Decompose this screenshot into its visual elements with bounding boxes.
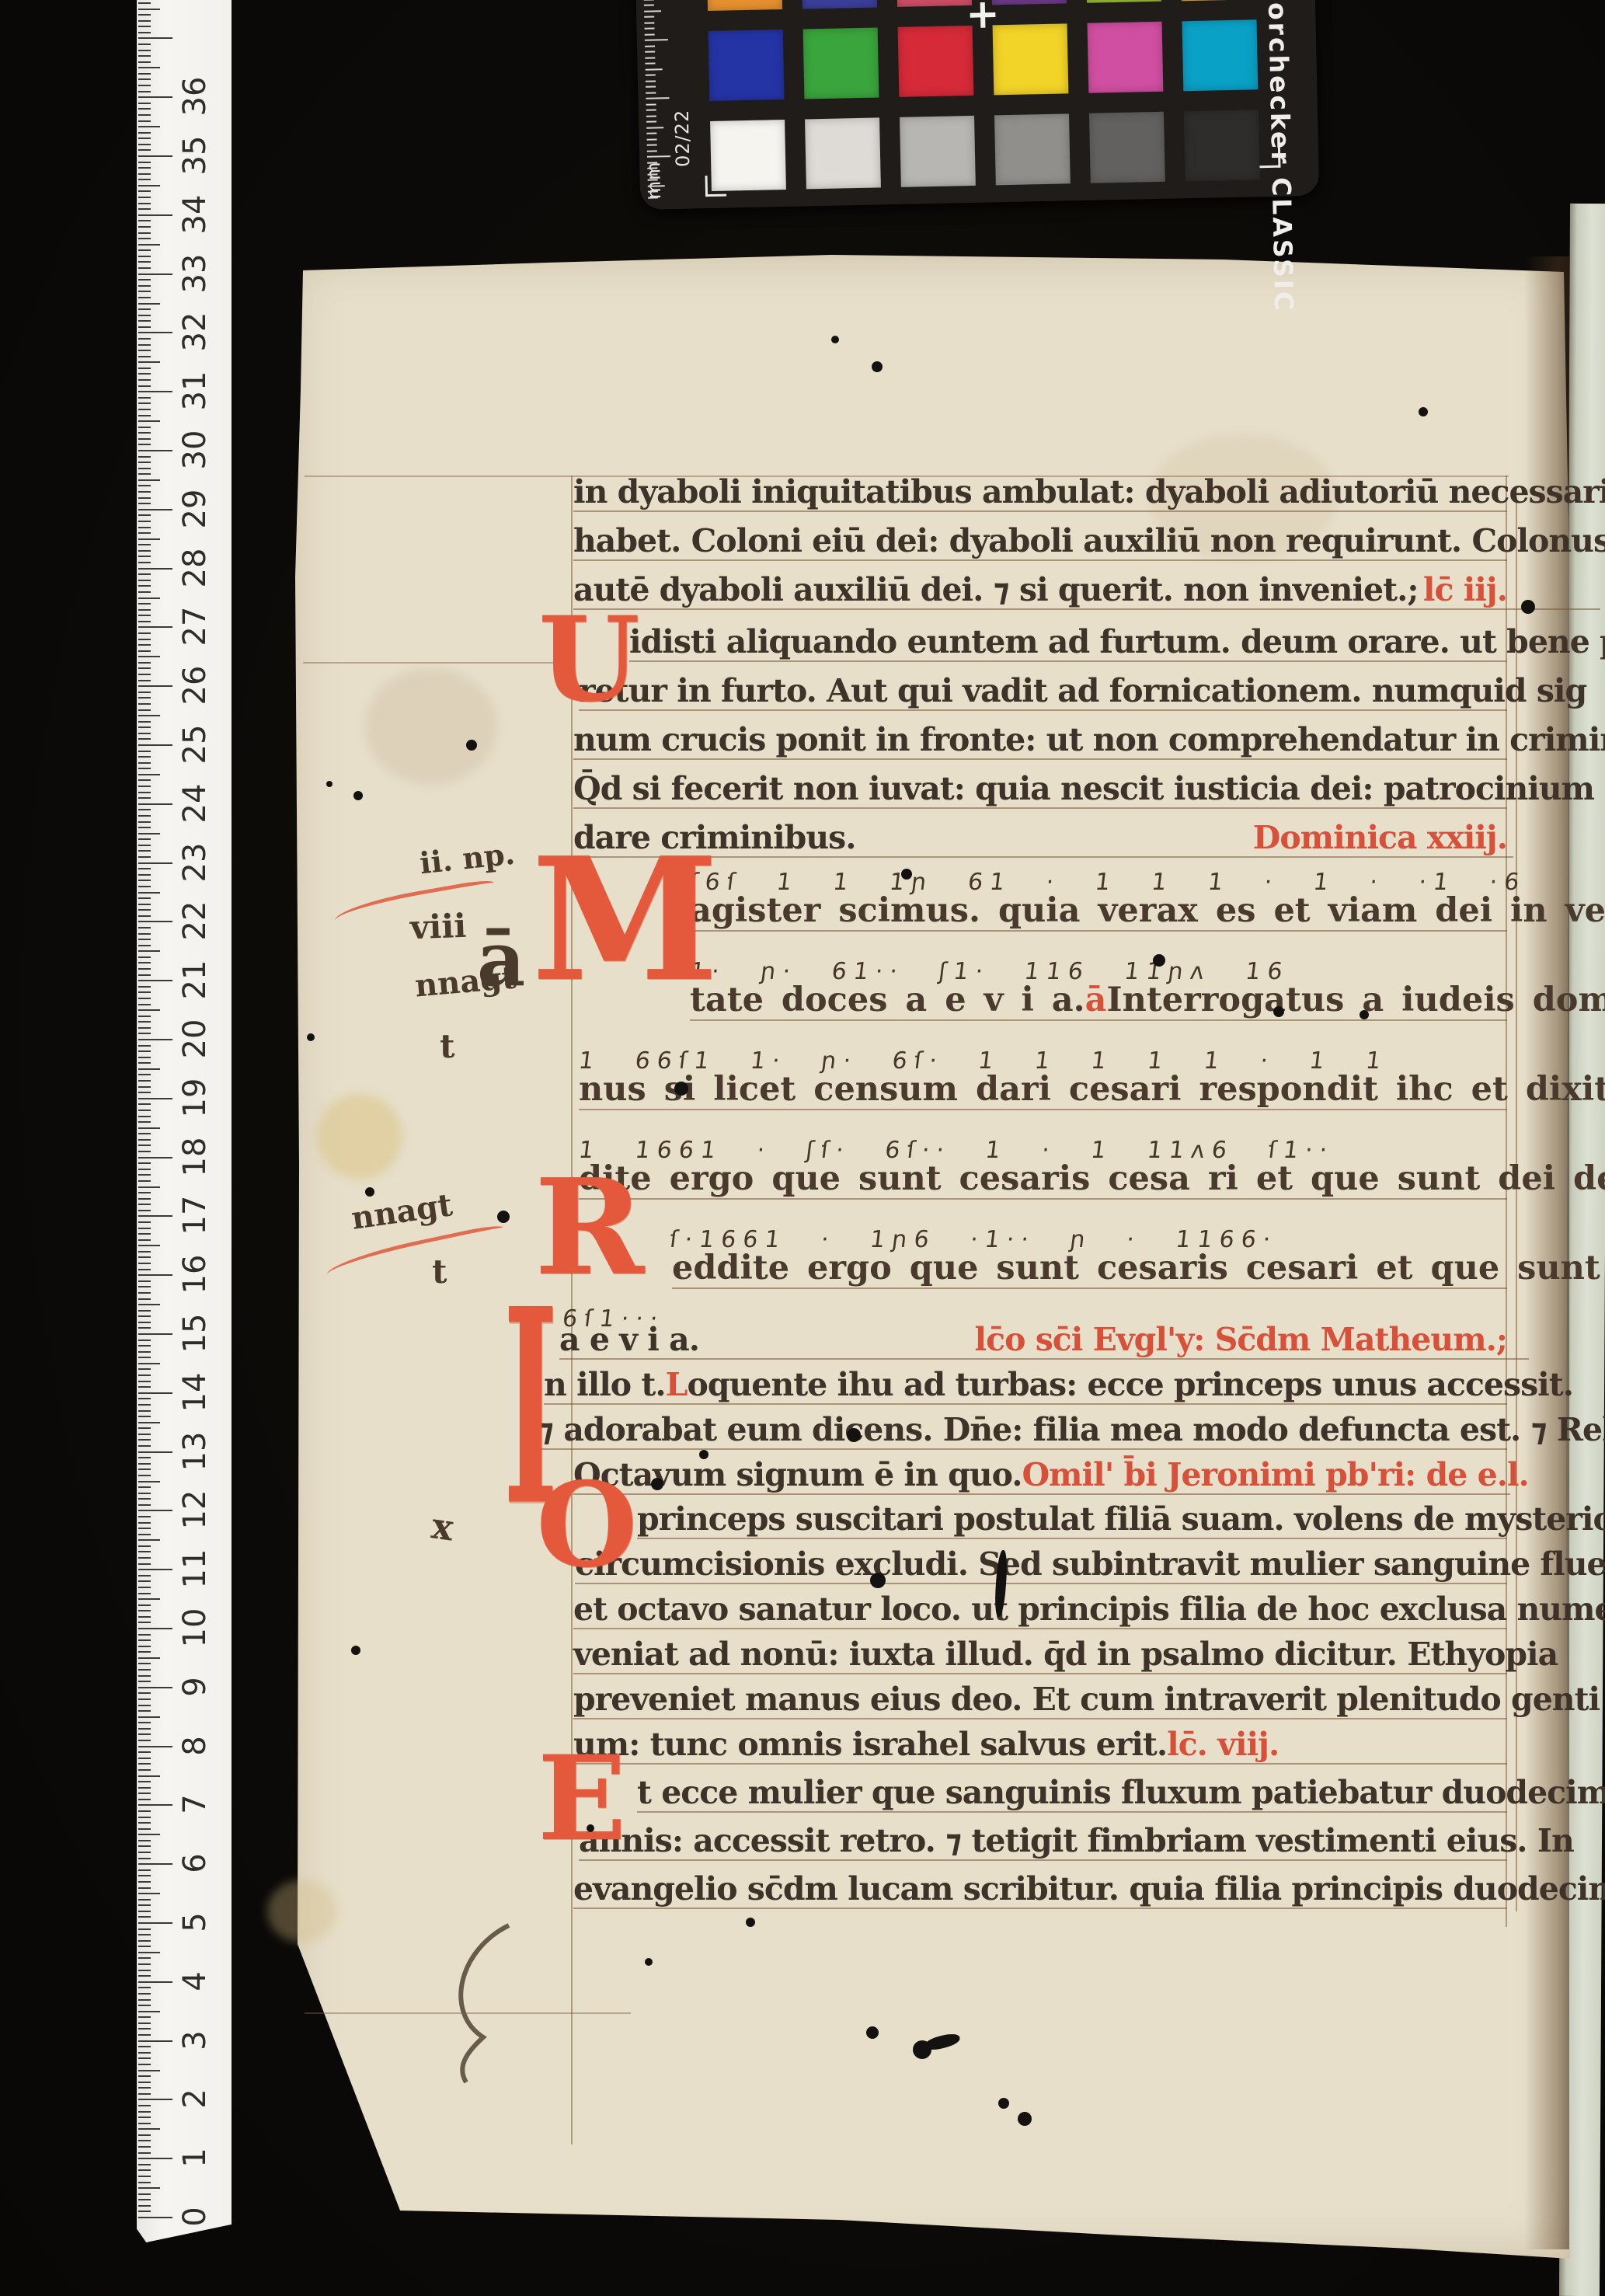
ruler-tick bbox=[138, 173, 151, 175]
ruler-tick bbox=[138, 285, 151, 287]
latin-text: idisti aliquando euntem ad furtum. deum … bbox=[629, 623, 1605, 660]
ruler-tick bbox=[138, 485, 151, 486]
ruler-tick bbox=[138, 132, 151, 134]
ruler-tick bbox=[138, 1593, 151, 1594]
ruler-tick bbox=[138, 544, 151, 545]
ruler-tick bbox=[138, 1121, 151, 1123]
ruler-tick bbox=[138, 1080, 151, 1082]
ruler-tick bbox=[138, 503, 151, 504]
ruler-tick bbox=[138, 797, 151, 799]
neume-row: 6ſ1··· bbox=[561, 1305, 667, 1333]
checker-mm-tick bbox=[646, 74, 656, 75]
ruler-tick bbox=[138, 185, 160, 186]
ruler-tick bbox=[138, 315, 151, 316]
ruler-tick bbox=[138, 1009, 160, 1011]
ruler-tick bbox=[138, 256, 151, 257]
pen-flourish bbox=[435, 1919, 544, 2098]
ruler-tick bbox=[138, 874, 151, 876]
ink-dot bbox=[872, 361, 883, 372]
ruler-tick bbox=[138, 1127, 160, 1129]
ink-dot bbox=[901, 869, 912, 880]
ink-dot bbox=[326, 781, 332, 787]
ruler-tick bbox=[138, 527, 151, 528]
ruler-number: 26 bbox=[179, 658, 211, 712]
ruler-tick bbox=[138, 803, 172, 805]
marginal-note: x bbox=[429, 1504, 456, 1549]
ruler-tick bbox=[138, 1251, 151, 1253]
ruler-tick bbox=[138, 786, 151, 787]
ruler-tick bbox=[138, 108, 151, 110]
ruler-tick bbox=[138, 692, 151, 693]
ruler-tick bbox=[138, 568, 172, 570]
ruler-tick bbox=[138, 2040, 172, 2042]
ruler-tick bbox=[138, 615, 151, 616]
ruler-tick bbox=[138, 103, 151, 104]
ruler-tick bbox=[138, 1828, 151, 1830]
latin-text: tate doces a e v i a. bbox=[690, 981, 1085, 1019]
ruler-tick bbox=[138, 226, 151, 228]
latin-text: um: tunc omnis israhel salvus erit. bbox=[573, 1726, 1167, 1763]
ruler-tick bbox=[138, 1210, 151, 1211]
latin-text: oquente ihu ad turbas: ecce princeps unu… bbox=[687, 1366, 1572, 1403]
ruler-tick bbox=[138, 2082, 151, 2083]
latin-text: autē dyaboli auxiliū dei. ⁊ si querit. n… bbox=[573, 571, 1419, 608]
ruler-tick bbox=[138, 1899, 151, 1901]
ruler-tick bbox=[138, 2146, 151, 2148]
ruler-tick bbox=[138, 126, 160, 127]
ruler-tick bbox=[138, 756, 151, 758]
ruler-tick bbox=[138, 562, 151, 563]
ruler-tick bbox=[138, 703, 151, 705]
ruler-tick bbox=[138, 1439, 151, 1441]
ruler-tick bbox=[138, 833, 160, 834]
ruler-tick bbox=[138, 1510, 172, 1511]
ruler-tick bbox=[138, 1669, 151, 1671]
ruler-tick bbox=[138, 1475, 151, 1476]
ruler-tick bbox=[138, 1021, 151, 1023]
ruler-tick bbox=[138, 162, 151, 163]
ruler-tick bbox=[138, 573, 151, 575]
ruler-tick bbox=[138, 379, 151, 381]
ink-dot bbox=[1419, 407, 1428, 416]
ruler-tick bbox=[138, 1133, 151, 1134]
ruler-tick bbox=[138, 1963, 151, 1965]
ruler-tick bbox=[138, 1793, 151, 1794]
checker-mm-tick bbox=[647, 167, 657, 169]
ruler-tick bbox=[138, 1386, 151, 1388]
ruler-tick bbox=[138, 1840, 151, 1841]
neume-row: ſ6ſ 1 1 1ɲ 61 · 1 1 1 · 1 · ·1 ·6 bbox=[688, 869, 1528, 896]
ruler-tick bbox=[138, 491, 151, 493]
ruler-tick bbox=[138, 1233, 151, 1235]
ruler-tick bbox=[138, 1999, 151, 2001]
ruler-tick bbox=[138, 1710, 151, 1712]
ruler-tick bbox=[138, 1204, 151, 1205]
color-patch bbox=[801, 0, 877, 9]
ruler-tick bbox=[138, 1911, 151, 1912]
ruler-tick bbox=[138, 427, 151, 428]
ruler-tick bbox=[138, 1239, 151, 1241]
ruler-tick bbox=[138, 1916, 151, 1918]
ruler-tick bbox=[138, 1751, 151, 1753]
ruler-tick bbox=[138, 1681, 151, 1682]
latin-text: t ecce mulier que sanguinis fluxum patie… bbox=[637, 1774, 1605, 1811]
ruler-tick bbox=[138, 1027, 151, 1029]
ruler-tick bbox=[138, 1368, 151, 1370]
ruler-tick bbox=[138, 91, 151, 92]
color-patch bbox=[708, 30, 785, 101]
marginal-note: viii bbox=[409, 907, 467, 946]
ruler-tick bbox=[138, 933, 151, 935]
ruler-tick bbox=[138, 1957, 151, 1959]
color-patch bbox=[900, 116, 976, 187]
ink-dot bbox=[847, 1428, 861, 1442]
checker-mm-tick bbox=[648, 190, 658, 192]
ruler-tick bbox=[138, 580, 151, 581]
ruler-tick bbox=[138, 514, 151, 516]
ruler-tick bbox=[138, 114, 151, 116]
ruler-tick bbox=[138, 667, 151, 669]
ruler-number: 28 bbox=[179, 541, 211, 595]
ruler-tick bbox=[138, 138, 151, 139]
ruler-tick bbox=[138, 733, 151, 734]
text-line: habet. Coloni eiū dei: dyaboli auxiliū n… bbox=[573, 514, 1507, 561]
ruler-tick bbox=[138, 738, 151, 740]
latin-text: dite ergo que sunt cesaris cesa ri et qu… bbox=[579, 1159, 1605, 1198]
ruler-tick bbox=[138, 203, 151, 204]
text-line: t ecce mulier que sanguinis fluxum patie… bbox=[637, 1766, 1507, 1813]
ruler-tick bbox=[138, 1563, 151, 1565]
ruler-tick bbox=[138, 2164, 151, 2165]
ruler-number: 6 bbox=[179, 1836, 211, 1890]
ruler-tick bbox=[138, 591, 151, 593]
ruler-tick bbox=[138, 338, 151, 340]
color-patch bbox=[1089, 112, 1165, 183]
ruler-tick bbox=[138, 1427, 151, 1429]
ruler-tick bbox=[138, 1498, 151, 1500]
ruler-tick bbox=[138, 1587, 151, 1588]
ruler-tick bbox=[138, 927, 151, 929]
ruler-tick bbox=[138, 432, 151, 434]
ruler-tick bbox=[138, 368, 151, 369]
ruler-tick bbox=[138, 1522, 151, 1524]
ruler-tick bbox=[138, 444, 151, 445]
ruler-tick bbox=[138, 915, 151, 917]
ink-blot bbox=[924, 2032, 962, 2053]
photo-stage: in dyaboli iniquitatibus ambulat: dyabol… bbox=[0, 0, 1605, 2296]
latin-text: evangelio sc̄dm lucam scribitur. quia fi… bbox=[573, 1870, 1605, 1908]
ruler-tick bbox=[138, 2134, 151, 2136]
text-line: evangelio sc̄dm lucam scribitur. quia fi… bbox=[573, 1862, 1507, 1909]
ruler-tick bbox=[138, 1940, 151, 1942]
ruler-tick bbox=[138, 2211, 151, 2212]
ruler-tick bbox=[138, 356, 151, 357]
ruler-tick bbox=[138, 1852, 151, 1853]
rubricated-initial: M bbox=[531, 848, 719, 992]
ruler-tick bbox=[138, 1033, 151, 1034]
ruler-tick bbox=[138, 921, 172, 922]
ruler-tick bbox=[138, 850, 151, 852]
latin-text: veniat ad nonū: iuxta illud. q̄d in psal… bbox=[573, 1636, 1558, 1673]
neume-row: 1 1661 · ʃſ· 6ſ·· 1 · 1 11ʌ6 ſ1·· bbox=[577, 1137, 1335, 1164]
ruler-tick bbox=[138, 1228, 151, 1229]
ruler-tick bbox=[138, 208, 151, 210]
ruler-tick bbox=[138, 1357, 151, 1358]
ruler-tick bbox=[138, 1610, 151, 1611]
ruler-tick bbox=[138, 303, 160, 305]
ink-dot bbox=[1360, 1010, 1369, 1019]
ruler-tick bbox=[138, 120, 151, 122]
ruler-tick bbox=[138, 1340, 151, 1341]
ruler-number: 16 bbox=[179, 1247, 211, 1301]
ruler-tick bbox=[138, 1198, 151, 1200]
ruler-tick bbox=[138, 1928, 151, 1930]
checker-mm-tick bbox=[647, 155, 670, 158]
ruler-tick bbox=[138, 2176, 151, 2177]
ruler-tick bbox=[138, 662, 151, 664]
ruler-tick bbox=[138, 1151, 151, 1152]
ink-dot bbox=[466, 740, 477, 751]
ruler-tick bbox=[138, 1534, 151, 1535]
ruler-number: 30 bbox=[179, 423, 211, 477]
ruler-tick bbox=[138, 1174, 151, 1176]
ruler-tick bbox=[138, 1580, 151, 1582]
ruler-tick bbox=[138, 1651, 151, 1653]
ruler-tick bbox=[138, 1987, 151, 1988]
ruler-tick bbox=[138, 1622, 151, 1623]
ruler-number: 32 bbox=[179, 305, 211, 359]
ruler-tick bbox=[138, 279, 151, 280]
checker-mm-tick bbox=[646, 127, 663, 128]
text-line: circumcisionis excludi. Sed subintravit … bbox=[575, 1538, 1507, 1584]
ruler-number: 4 bbox=[179, 1954, 211, 2009]
color-patch bbox=[994, 113, 1071, 185]
color-patch bbox=[993, 23, 1069, 95]
ruler-tick bbox=[138, 845, 151, 846]
latin-text: Q̄d si fecerit non iuvat: quia nescit iu… bbox=[573, 770, 1594, 807]
ruler-tick bbox=[138, 1569, 172, 1570]
ink-dot bbox=[351, 1646, 360, 1655]
ruler-number: 27 bbox=[179, 599, 211, 653]
checker-mm-tick bbox=[644, 4, 654, 5]
latin-text: annis: accessit retro. ⁊ tetigit fimbria… bbox=[579, 1822, 1574, 1859]
ruler-tick bbox=[138, 420, 160, 422]
ruler-tick bbox=[138, 774, 160, 775]
ruler-tick bbox=[138, 361, 160, 363]
ruler-tick bbox=[138, 179, 151, 180]
ruler-tick bbox=[138, 886, 151, 887]
color-patch bbox=[803, 27, 879, 99]
text-line: ⁊ adorabat eum dicens. Dn̄e: filia mea m… bbox=[538, 1403, 1507, 1450]
ruler-number: 3 bbox=[179, 2013, 211, 2068]
rubric-text: Dominica xxiij. bbox=[1253, 819, 1507, 856]
ruler-tick bbox=[138, 2128, 160, 2130]
ruler-tick bbox=[138, 1110, 151, 1111]
ruler-tick bbox=[138, 2158, 172, 2159]
ruler-tick bbox=[138, 214, 172, 216]
text-line: preveniet manus eius deo. Et cum intrave… bbox=[573, 1673, 1507, 1719]
ruler-tick bbox=[138, 456, 151, 458]
ruler-tick bbox=[138, 438, 151, 440]
ruler-tick bbox=[138, 2052, 151, 2054]
checker-mm-tick bbox=[644, 22, 654, 23]
latin-text: habet. Coloni eiū dei: dyaboli auxiliū n… bbox=[573, 522, 1605, 559]
checker-mm-tick bbox=[645, 27, 655, 29]
ruler-tick bbox=[138, 950, 160, 952]
ruler-tick bbox=[138, 715, 160, 716]
neume-row: 1· ɲ· 61·· ʃ1· 116 11ɲʌ 16 bbox=[688, 958, 1291, 985]
ruler-tick bbox=[138, 2123, 151, 2124]
ruler-tick bbox=[138, 291, 151, 292]
ruler-tick bbox=[138, 2193, 151, 2195]
ruler-tick bbox=[138, 721, 151, 723]
ruler-tick bbox=[138, 2064, 151, 2065]
ruler-tick bbox=[138, 697, 151, 699]
ruler-tick bbox=[138, 149, 151, 151]
ruler-tick bbox=[138, 609, 151, 611]
ruler-number: 34 bbox=[179, 187, 211, 242]
ruler-tick bbox=[138, 603, 151, 604]
checker-mm-tick bbox=[644, 10, 661, 12]
ruler-tick bbox=[138, 1705, 151, 1706]
ruler-tick bbox=[138, 1763, 151, 1765]
cm-ruler: 0123456789101112131415161718192021222324… bbox=[137, 0, 232, 2242]
checker-mm-tick bbox=[647, 173, 657, 175]
ruler-tick bbox=[138, 2016, 151, 2018]
ruler-number: 15 bbox=[179, 1306, 211, 1361]
color-patch bbox=[1180, 0, 1256, 1]
ruling-horizontal-line bbox=[305, 2012, 631, 2014]
ruler-tick bbox=[138, 1286, 151, 1287]
ruler-tick bbox=[138, 762, 151, 764]
latin-text: et octavo sanatur loco. ut principis fil… bbox=[573, 1590, 1605, 1628]
ruler-tick bbox=[138, 1404, 151, 1406]
ruler-tick bbox=[138, 385, 151, 387]
latin-text: n illo t. bbox=[544, 1366, 666, 1403]
ruler-number: 21 bbox=[179, 953, 211, 1007]
parchment-stain bbox=[267, 1880, 337, 1942]
ruler-tick bbox=[138, 1086, 151, 1088]
ruler-number: 33 bbox=[179, 246, 211, 301]
ruler-tick bbox=[138, 550, 151, 552]
ink-dot bbox=[1153, 954, 1165, 967]
ruler-tick bbox=[138, 2152, 151, 2154]
ruler-number: 5 bbox=[179, 1895, 211, 1949]
ruler-tick bbox=[138, 9, 160, 10]
rubricated-initial: O bbox=[536, 1476, 638, 1576]
ruler-tick bbox=[138, 1539, 160, 1541]
color-checker-edition-label: 02/22 bbox=[671, 109, 695, 167]
color-patch bbox=[1088, 22, 1164, 93]
neume-row: 1 66ſ1 1· ɲ· 6ſ· 1 1 1 1 1 · 1 1 bbox=[577, 1047, 1390, 1075]
ruler-tick bbox=[138, 897, 151, 899]
checker-mm-tick bbox=[648, 197, 658, 198]
ruler-tick bbox=[138, 1304, 160, 1305]
ruler-tick bbox=[138, 909, 151, 911]
ruler-tick bbox=[138, 1098, 172, 1099]
ruler-tick bbox=[138, 1157, 172, 1158]
ruler-tick bbox=[138, 2217, 172, 2218]
ruler-tick bbox=[138, 1551, 151, 1552]
text-line: annis: accessit retro. ⁊ tetigit fimbria… bbox=[579, 1814, 1507, 1861]
ruler-tick bbox=[138, 1728, 151, 1730]
color-patch bbox=[1184, 110, 1260, 181]
ruler-tick bbox=[138, 1457, 151, 1458]
ruler-tick bbox=[138, 1169, 151, 1170]
ruler-tick bbox=[138, 880, 151, 881]
ruler-tick bbox=[138, 1845, 151, 1847]
ruler-number: 31 bbox=[179, 364, 211, 418]
ruler-tick bbox=[138, 1145, 151, 1146]
latin-text: eddite ergo que sunt cesaris cesari et q… bbox=[672, 1249, 1605, 1287]
ruler-tick bbox=[138, 497, 151, 499]
ruler-tick bbox=[138, 974, 151, 976]
manuscript-content-layer: in dyaboli iniquitatibus ambulat: dyabol… bbox=[0, 0, 1605, 2296]
ink-dot bbox=[587, 1824, 594, 1832]
ruler-tick bbox=[138, 1186, 160, 1188]
ruler-tick bbox=[138, 1434, 151, 1435]
ruler-tick bbox=[138, 644, 151, 646]
ruler-tick bbox=[138, 1675, 151, 1677]
ink-dot bbox=[651, 1478, 663, 1490]
ruler-tick bbox=[138, 1528, 151, 1529]
ruler-tick bbox=[138, 96, 172, 98]
latin-text: preveniet manus eius deo. Et cum intrave… bbox=[573, 1681, 1600, 1718]
ruler-tick bbox=[138, 462, 151, 463]
ruler-tick bbox=[138, 1221, 151, 1223]
ruler-tick bbox=[138, 1628, 172, 1629]
ruler-tick bbox=[138, 1634, 151, 1636]
ruler-number: 24 bbox=[179, 776, 211, 831]
ruler-tick bbox=[138, 1256, 151, 1258]
ruler-number: 9 bbox=[179, 1660, 211, 1714]
ruler-number: 25 bbox=[179, 717, 211, 772]
text-line: idisti aliquando euntem ad furtum. deum … bbox=[629, 615, 1507, 662]
ruler-tick bbox=[138, 332, 172, 333]
ink-dot bbox=[831, 336, 839, 343]
ink-dot bbox=[1273, 1006, 1284, 1017]
checker-mm-tick bbox=[645, 45, 655, 47]
ruler-tick bbox=[138, 1180, 151, 1182]
latin-text: retur in furto. Aut qui vadit ad fornica… bbox=[579, 672, 1586, 709]
ruler-tick bbox=[138, 1993, 151, 1995]
ruler-tick bbox=[138, 1663, 151, 1664]
ruler-tick bbox=[138, 1557, 151, 1559]
ruler-tick bbox=[138, 297, 151, 298]
ruler-tick bbox=[138, 1116, 151, 1117]
checker-mm-tick bbox=[645, 39, 668, 41]
ruler-tick bbox=[138, 585, 151, 587]
checker-mm-tick bbox=[646, 115, 656, 117]
ruler-tick bbox=[138, 61, 151, 63]
ruler-tick bbox=[138, 2034, 151, 2036]
ruler-tick bbox=[138, 244, 160, 246]
ruler-tick bbox=[138, 939, 151, 940]
ruler-tick bbox=[138, 1280, 151, 1282]
ruler-number: 18 bbox=[179, 1130, 211, 1184]
ruler-tick bbox=[138, 779, 151, 781]
checker-mm-tick bbox=[645, 51, 655, 52]
marginal-note: t bbox=[440, 1027, 454, 1065]
checker-mm-tick bbox=[647, 162, 657, 163]
ruler-tick bbox=[138, 1315, 151, 1317]
ruler-tick bbox=[138, 1716, 160, 1718]
ruler-tick bbox=[138, 1298, 151, 1300]
ruler-tick bbox=[138, 1817, 151, 1818]
ruler-number: 29 bbox=[179, 482, 211, 536]
ruler-tick bbox=[138, 326, 151, 328]
ruler-tick bbox=[138, 815, 151, 817]
